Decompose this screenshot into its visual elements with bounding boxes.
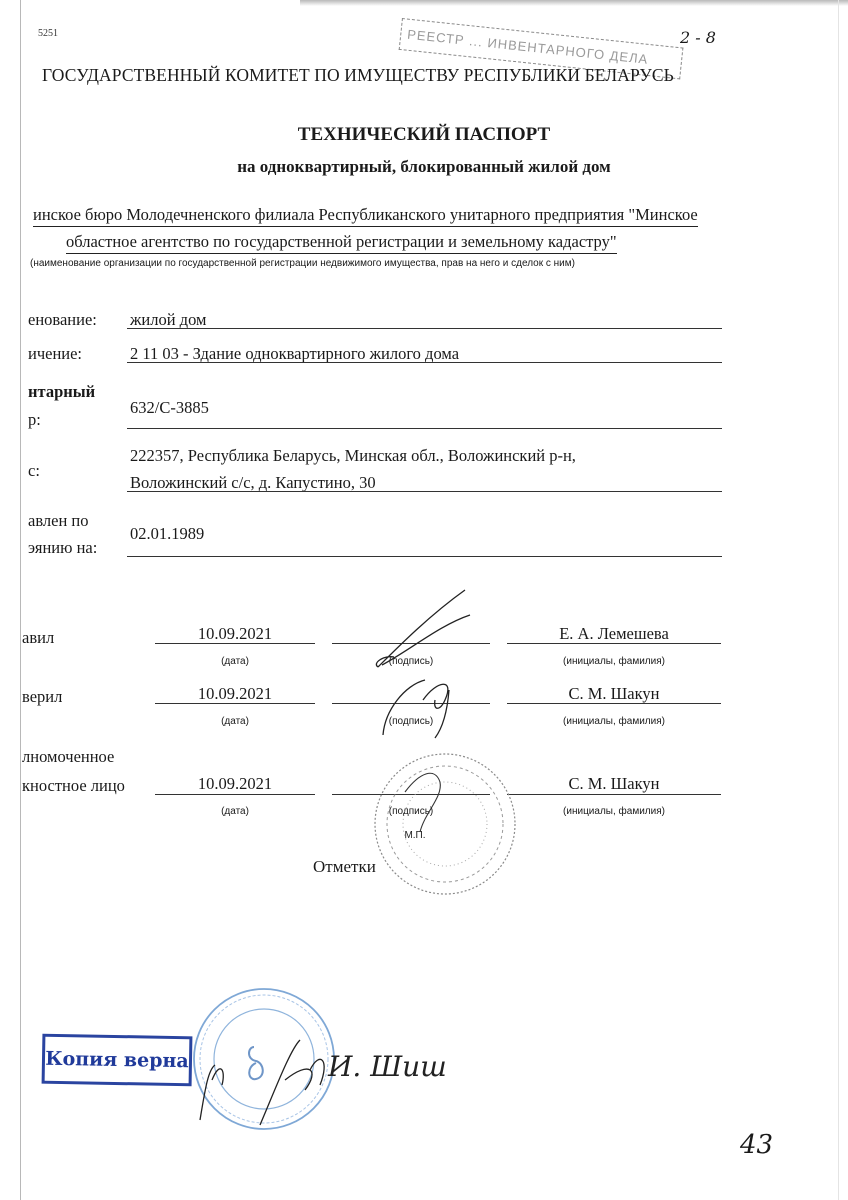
date-underline: [155, 703, 315, 704]
document-title: ТЕХНИЧЕСКИЙ ПАСПОРТ: [0, 124, 848, 146]
field-underline: [127, 428, 722, 429]
name-underline: [507, 643, 721, 644]
document-subtitle: на одноквартирный, блокированный жилой д…: [0, 157, 848, 177]
signer-name: С. М. Шакун: [507, 774, 721, 794]
name-caption: (инициалы, фамилия): [507, 716, 721, 727]
field-underline: [127, 491, 722, 492]
signature-date: 10.09.2021: [155, 624, 315, 644]
date-underline: [155, 794, 315, 795]
signer-name: С. М. Шакун: [507, 684, 721, 704]
handwritten-signature-icon: [370, 585, 480, 675]
signer-role-checked: верил: [22, 687, 62, 707]
signer-role-authorized-line1: лномоченное: [22, 747, 114, 767]
name-underline: [507, 703, 721, 704]
field-value-asof-date: 02.01.1989: [130, 524, 204, 544]
name-caption: (инициалы, фамилия): [507, 806, 721, 817]
name-caption: (инициалы, фамилия): [507, 656, 721, 667]
organization-line-2: областное агентство по государственной р…: [66, 232, 617, 254]
date-caption: (дата): [155, 716, 315, 727]
field-label-inventory-line2: р:: [28, 410, 41, 430]
scan-edge-left: [20, 0, 21, 1200]
field-value-purpose: 2 11 03 - Здание одноквартирного жилого …: [130, 344, 459, 364]
field-label-asof-line1: авлен по: [28, 511, 89, 531]
date-caption: (дата): [155, 656, 315, 667]
notes-heading: Отметки: [313, 857, 376, 877]
committee-header: ГОСУДАРСТВЕННЫЙ КОМИТЕТ ПО ИМУЩЕСТВУ РЕС…: [42, 65, 674, 86]
field-value-inventory-number: 632/С-3885: [130, 398, 209, 418]
field-value-name: жилой дом: [130, 310, 206, 330]
field-value-address-line2: Воложинский с/с, д. Капустино, 30: [130, 473, 376, 493]
field-underline: [127, 556, 722, 557]
field-label-purpose: ичение:: [28, 344, 82, 364]
copy-signature-text: И. Шиш: [328, 1050, 447, 1083]
organization-line-1: инское бюро Молодечненского филиала Респ…: [33, 205, 698, 227]
signer-name: Е. А. Лемешева: [507, 624, 721, 644]
field-label-address: с:: [28, 461, 40, 481]
handwritten-signature-icon: [375, 670, 465, 740]
copy-certified-stamp: Копия верна: [42, 1034, 193, 1087]
page-number: 43: [740, 1130, 773, 1160]
field-underline: [127, 362, 722, 363]
signer-role-authorized-line2: кностное лицо: [22, 776, 125, 796]
date-caption: (дата): [155, 806, 315, 817]
field-label-inventory-line1: нтарный: [28, 382, 95, 402]
field-label-name: енование:: [28, 310, 97, 330]
field-label-asof-line2: эянию на:: [28, 538, 97, 558]
handwritten-corner-mark: 2 - 8: [680, 28, 716, 47]
signature-date: 10.09.2021: [155, 774, 315, 794]
signature-date: 10.09.2021: [155, 684, 315, 704]
field-value-address-line1: 222357, Республика Беларусь, Минская обл…: [130, 446, 576, 466]
official-round-seal-icon: [365, 752, 525, 902]
name-underline: [507, 794, 721, 795]
serial-number: 5251: [38, 28, 58, 39]
organization-caption: (наименование организации по государстве…: [30, 258, 575, 269]
field-underline: [127, 328, 722, 329]
signer-role-compiled: авил: [22, 628, 54, 648]
date-underline: [155, 643, 315, 644]
scan-top-shadow: [300, 0, 848, 6]
scan-edge-right: [838, 0, 839, 1200]
